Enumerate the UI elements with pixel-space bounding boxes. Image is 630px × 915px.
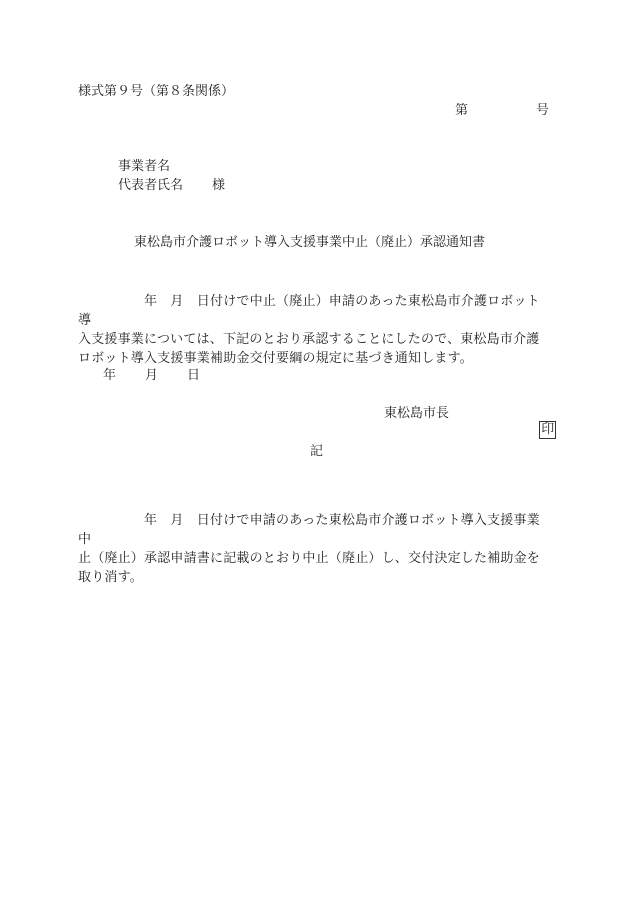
seal-icon: 印 xyxy=(539,421,556,439)
doc-number-suffix: 号 xyxy=(536,102,549,119)
note-line-1: 年 月 日付けで申請のあった東松島市介護ロボット導入支援事業中 xyxy=(78,511,552,549)
form-number: 様式第９号（第８条関係） xyxy=(78,83,234,100)
note-line-3: 取り消す。 xyxy=(78,568,552,587)
date-month: 月 xyxy=(145,367,158,384)
note-paragraph: 年 月 日付けで申請のあった東松島市介護ロボット導入支援事業中 止（廃止）承認申… xyxy=(78,511,552,587)
body-line-2: 入支援事業については、下記のとおり承認することにしたので、東松島市介護 xyxy=(78,330,552,349)
body-line-3: ロボット導入支援事業補助金交付要綱の規定に基づき通知します。 xyxy=(78,349,552,368)
document-title: 東松島市介護ロボット導入支援事業中止（廃止）承認通知書 xyxy=(134,234,485,251)
seal-mark: 印 xyxy=(531,404,556,439)
body-paragraph: 年 月 日付けで中止（廃止）申請のあった東松島市介護ロボット導 入支援事業につい… xyxy=(78,292,552,368)
honorific: 様 xyxy=(212,177,225,194)
representative-label: 代表者氏名 xyxy=(118,177,183,194)
issuer-name: 東松島市長 xyxy=(384,405,449,422)
business-name-label: 事業者名 xyxy=(118,158,170,175)
note-line-2: 止（廃止）承認申請書に記載のとおり中止（廃止）し、交付決定した補助金を xyxy=(78,549,552,568)
date-day: 日 xyxy=(187,367,200,384)
date-year: 年 xyxy=(103,367,116,384)
doc-number-prefix: 第 xyxy=(455,102,468,119)
note-heading: 記 xyxy=(310,443,323,460)
body-line-1: 年 月 日付けで中止（廃止）申請のあった東松島市介護ロボット導 xyxy=(78,292,552,330)
